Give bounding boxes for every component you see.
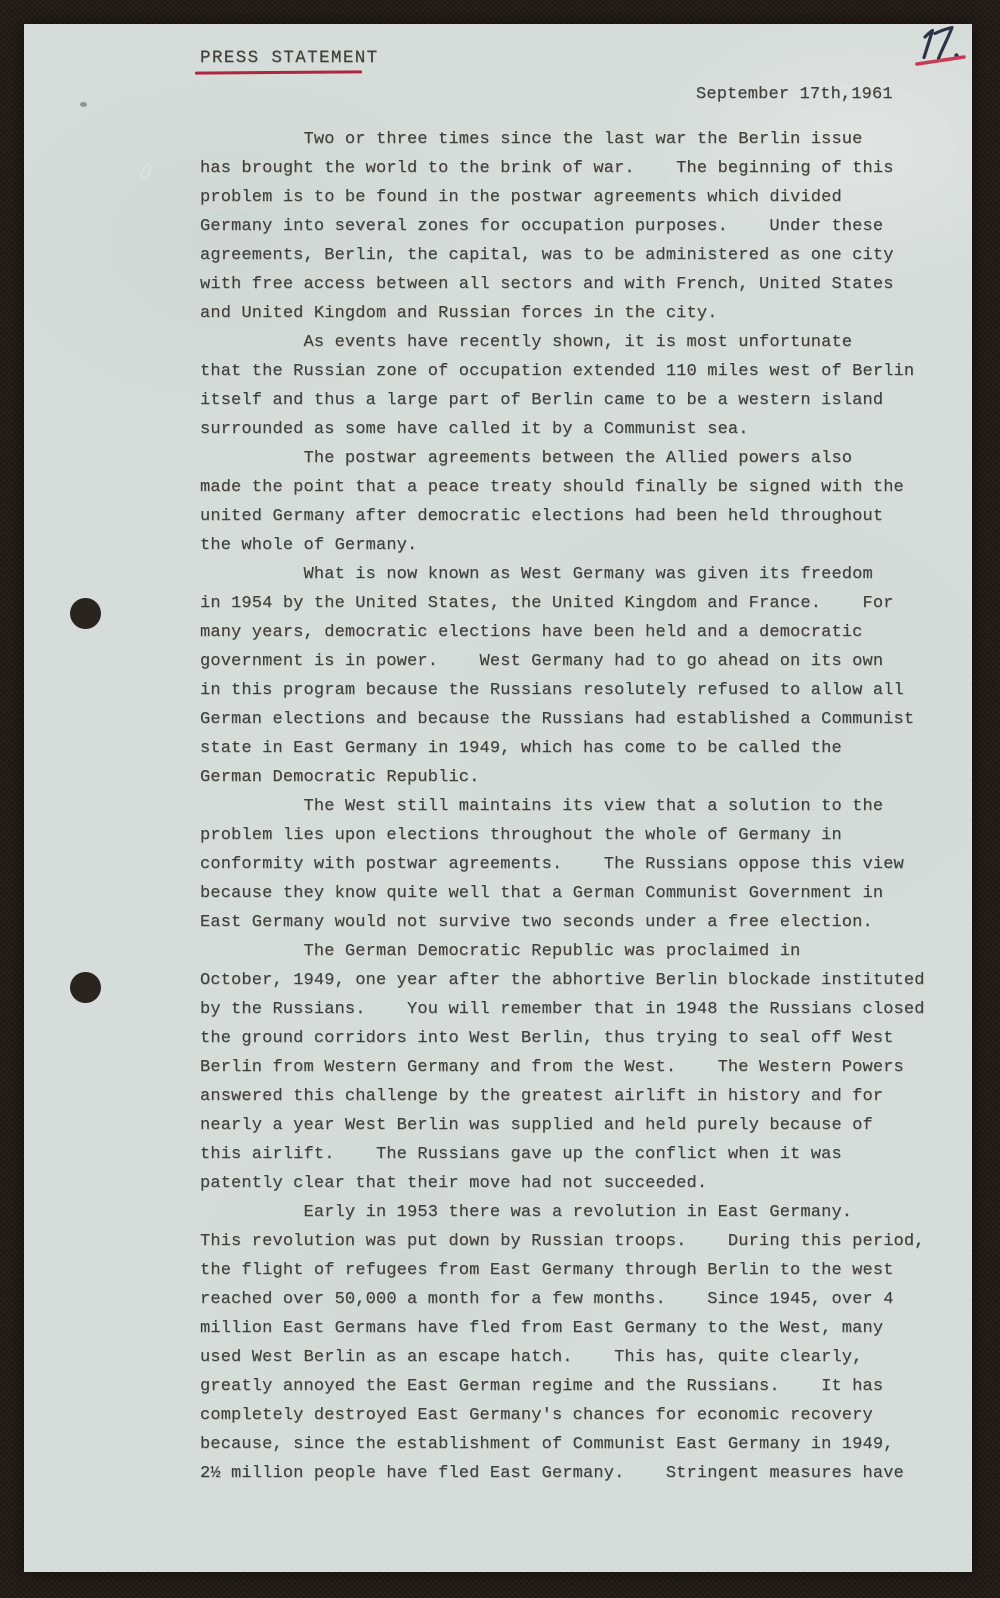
text-line: What is now known as West Germany was gi…	[200, 560, 960, 589]
document-body: Two or three times since the last war th…	[200, 125, 960, 1488]
punch-hole-bottom	[70, 972, 101, 1003]
text-line: patently clear that their move had not s…	[200, 1169, 960, 1198]
text-line: Germany into several zones for occupatio…	[200, 212, 960, 241]
text-line: Early in 1953 there was a revolution in …	[200, 1198, 960, 1227]
text-line: because they know quite well that a Germ…	[200, 879, 960, 908]
document-date: September 17th,1961	[696, 85, 893, 104]
handwritten-17-icon	[905, 24, 990, 88]
title-underline	[195, 70, 362, 74]
text-line: this airlift. The Russians gave up the c…	[200, 1140, 960, 1169]
handwritten-page-number	[905, 24, 990, 88]
staple-mark	[80, 102, 87, 107]
text-line: the flight of refugees from East Germany…	[200, 1256, 960, 1285]
text-line: agreements, Berlin, the capital, was to …	[200, 241, 960, 270]
text-line: united Germany after democratic election…	[200, 502, 960, 531]
punch-hole-top	[70, 598, 101, 629]
text-line: 2½ million people have fled East Germany…	[200, 1459, 960, 1488]
text-line: by the Russians. You will remember that …	[200, 995, 960, 1024]
text-line: answered this challenge by the greatest …	[200, 1082, 960, 1111]
text-line: German elections and because the Russian…	[200, 705, 960, 734]
text-line: used West Berlin as an escape hatch. Thi…	[200, 1343, 960, 1372]
text-line: problem is to be found in the postwar ag…	[200, 183, 960, 212]
text-line: The German Democratic Republic was procl…	[200, 937, 960, 966]
text-line: As events have recently shown, it is mos…	[200, 328, 960, 357]
text-line: that the Russian zone of occupation exte…	[200, 357, 960, 386]
text-line: Berlin from Western Germany and from the…	[200, 1053, 960, 1082]
text-line: in 1954 by the United States, the United…	[200, 589, 960, 618]
text-line: completely destroyed East Germany's chan…	[200, 1401, 960, 1430]
text-line: This revolution was put down by Russian …	[200, 1227, 960, 1256]
text-line: state in East Germany in 1949, which has…	[200, 734, 960, 763]
text-line: many years, democratic elections have be…	[200, 618, 960, 647]
text-line: nearly a year West Berlin was supplied a…	[200, 1111, 960, 1140]
text-line: greatly annoyed the East German regime a…	[200, 1372, 960, 1401]
text-line: with free access between all sectors and…	[200, 270, 960, 299]
text-line: The postwar agreements between the Allie…	[200, 444, 960, 473]
text-line: has brought the world to the brink of wa…	[200, 154, 960, 183]
text-line: the ground corridors into West Berlin, t…	[200, 1024, 960, 1053]
text-line: October, 1949, one year after the abhort…	[200, 966, 960, 995]
text-line: conformity with postwar agreements. The …	[200, 850, 960, 879]
text-line: German Democratic Republic.	[200, 763, 960, 792]
text-line: million East Germans have fled from East…	[200, 1314, 960, 1343]
text-line: reached over 50,000 a month for a few mo…	[200, 1285, 960, 1314]
text-line: itself and thus a large part of Berlin c…	[200, 386, 960, 415]
paper-scratch	[139, 163, 153, 181]
text-line: in this program because the Russians res…	[200, 676, 960, 705]
text-line: Two or three times since the last war th…	[200, 125, 960, 154]
text-line: government is in power. West Germany had…	[200, 647, 960, 676]
text-line: made the point that a peace treaty shoul…	[200, 473, 960, 502]
text-line: the whole of Germany.	[200, 531, 960, 560]
document-page: PRESS STATEMENT September 17th,1961 Two …	[24, 24, 972, 1572]
text-line: problem lies upon elections throughout t…	[200, 821, 960, 850]
text-line: surrounded as some have called it by a C…	[200, 415, 960, 444]
text-line: and United Kingdom and Russian forces in…	[200, 299, 960, 328]
text-line: East Germany would not survive two secon…	[200, 908, 960, 937]
text-line: The West still maintains its view that a…	[200, 792, 960, 821]
document-title: PRESS STATEMENT	[200, 48, 379, 68]
text-line: because, since the establishment of Comm…	[200, 1430, 960, 1459]
